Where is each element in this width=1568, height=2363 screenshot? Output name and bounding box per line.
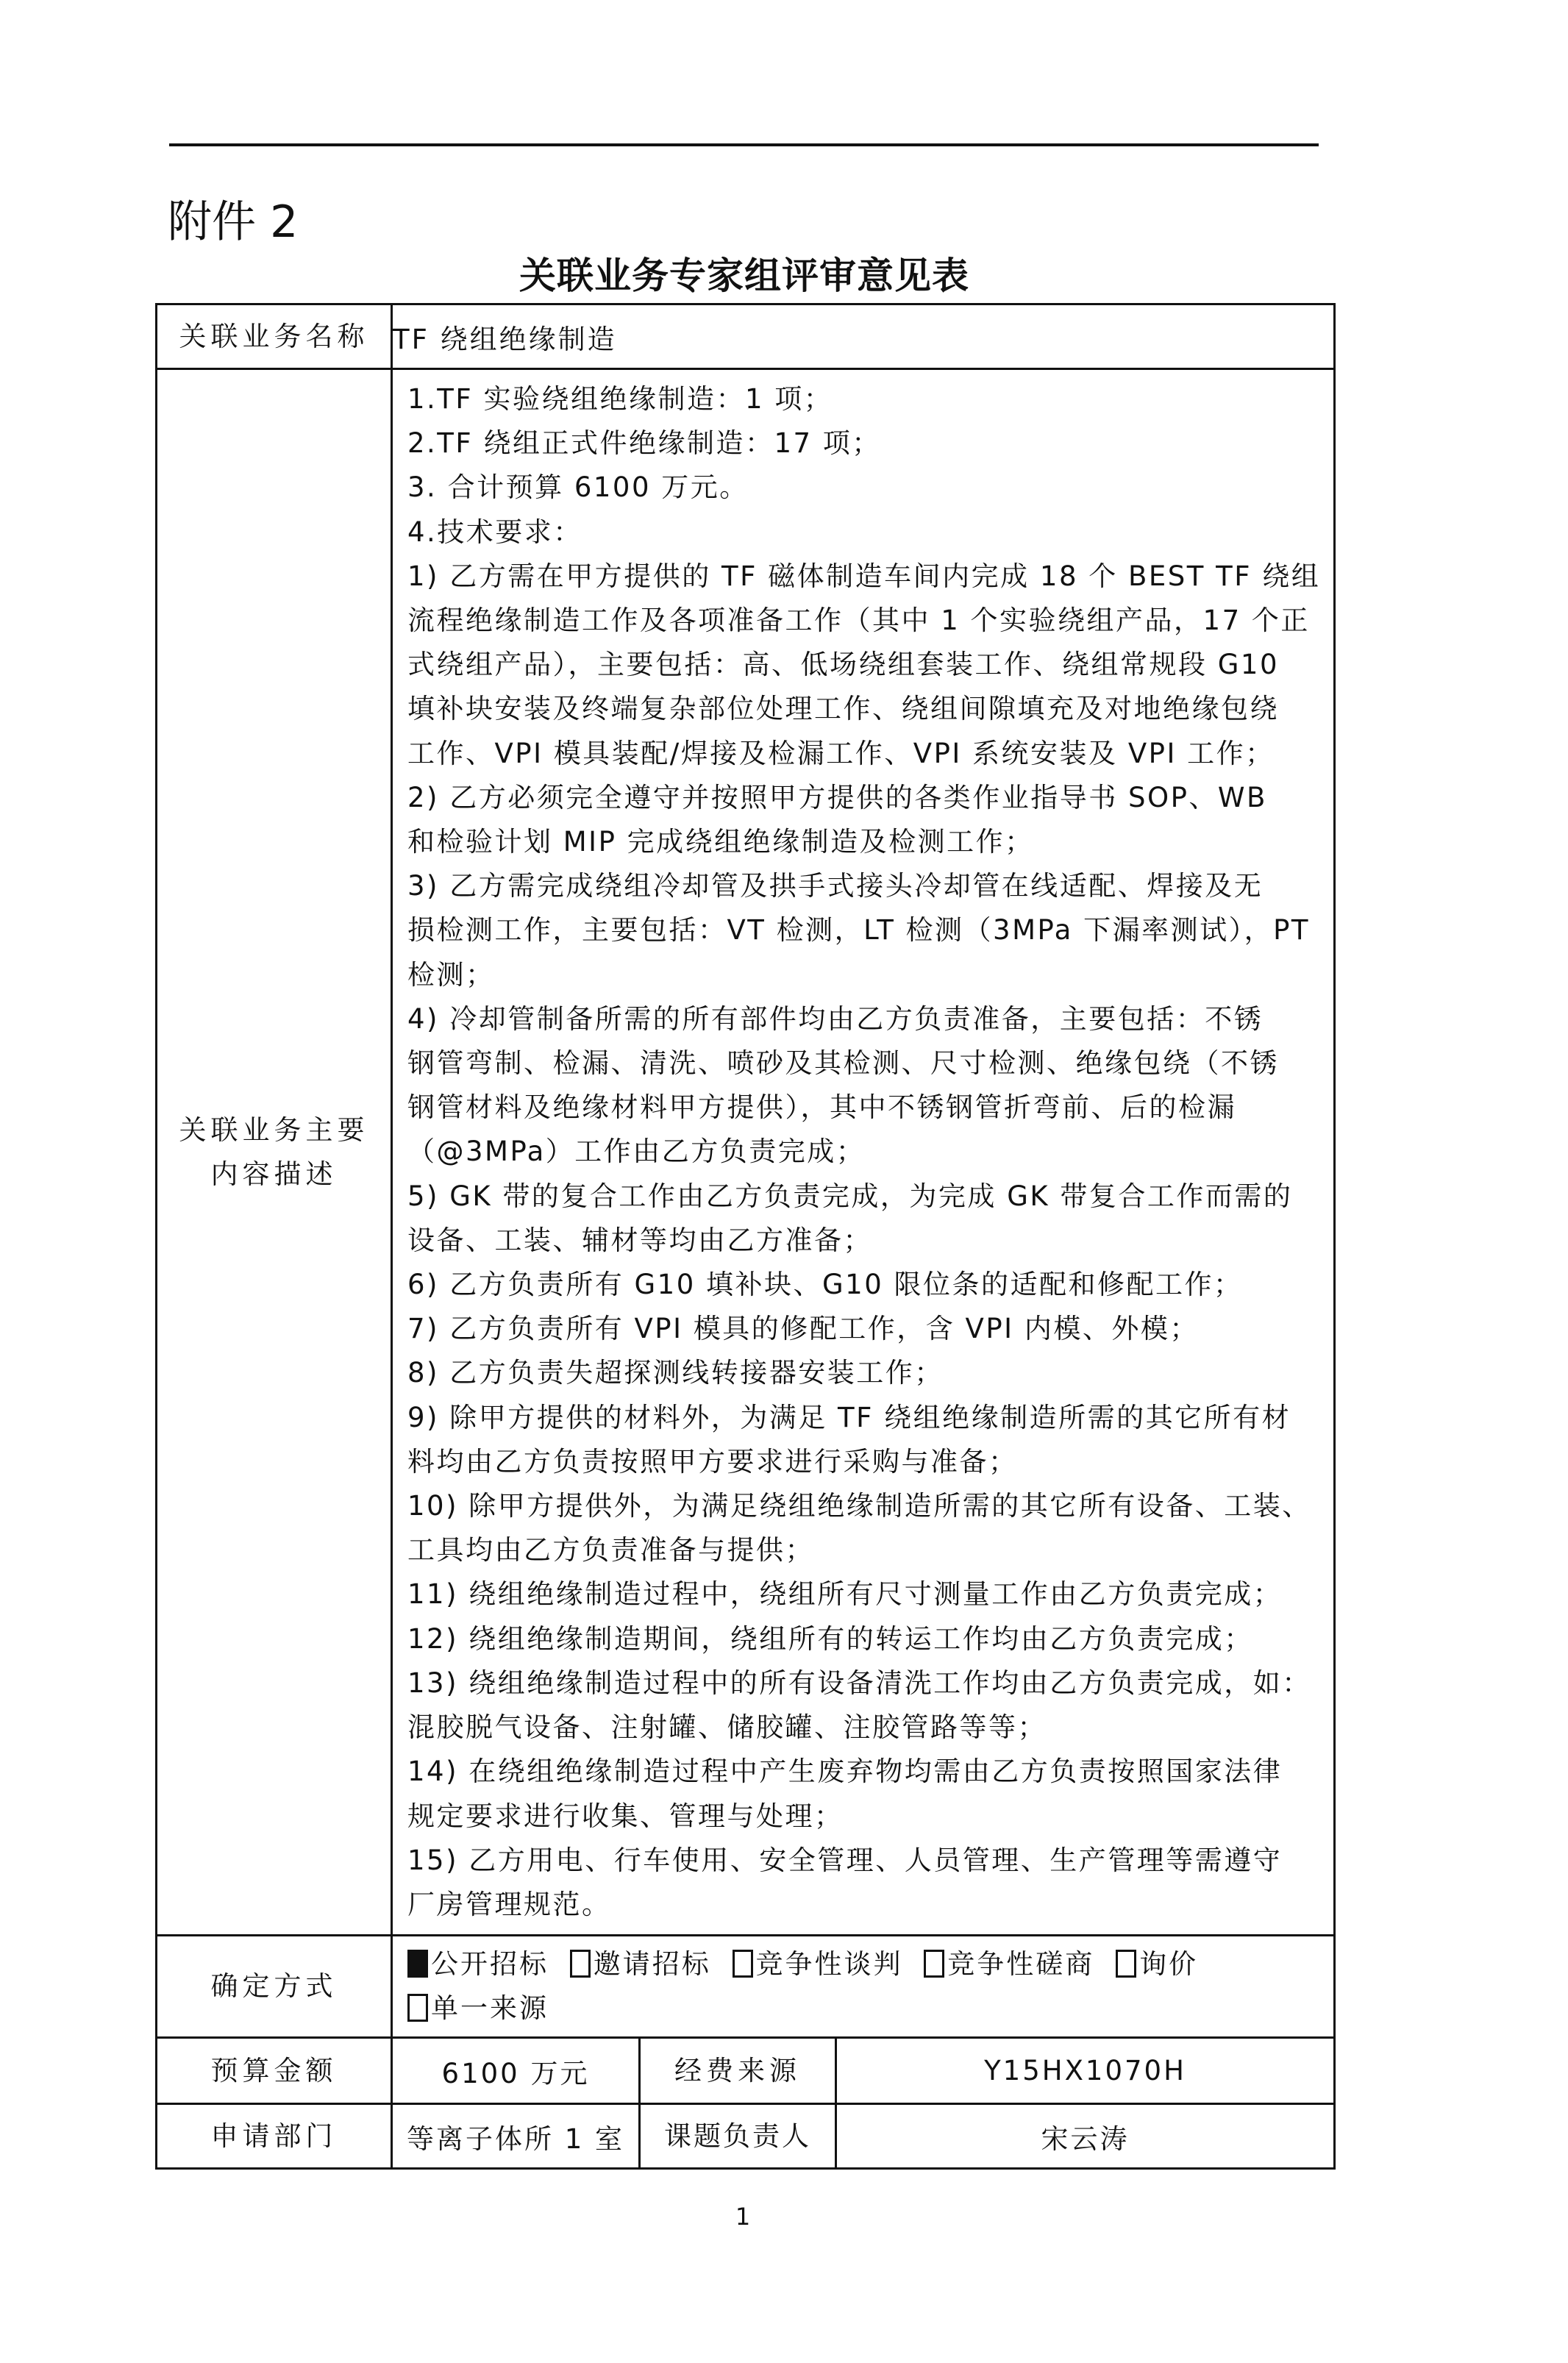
business-name-label: 关联业务名称 — [157, 304, 392, 369]
option-competitive-consultation[interactable]: 竞争性磋商 — [924, 1942, 1094, 1986]
option-invited-tender[interactable]: 邀请招标 — [570, 1942, 711, 1986]
checkbox-empty-icon[interactable] — [570, 1950, 591, 1978]
department-value: 等离子体所 1 室 — [392, 2104, 640, 2169]
description-label-line1: 关联业务主要 — [157, 1108, 391, 1152]
desc-line: 1.TF 实验绕组绝缘制造：1 项； — [407, 377, 1319, 421]
budget-value: 6100 万元 — [392, 2038, 640, 2104]
desc-line: 和检验计划 MIP 完成绕组绝缘制造及检测工作； — [407, 820, 1319, 864]
desc-line: 8) 乙方负责失超探测线转接器安装工作； — [407, 1351, 1319, 1395]
desc-line: 3. 合计预算 6100 万元。 — [407, 466, 1319, 510]
option-single-source[interactable]: 单一来源 — [407, 1986, 549, 2031]
business-name-value: TF 绕组绝缘制造 — [392, 304, 1335, 369]
attachment-label: 附件 2 — [168, 193, 298, 252]
desc-line: 10) 除甲方提供外，为满足绕组绝缘制造所需的其它所有设备、工装、 — [407, 1484, 1319, 1528]
project-leader-label: 课题负责人 — [640, 2104, 836, 2169]
option-label: 邀请招标 — [594, 1948, 711, 1980]
desc-line: 6) 乙方负责所有 G10 填补块、G10 限位条的适配和修配工作； — [407, 1263, 1319, 1307]
budget-row: 预算金额 6100 万元 经费来源 Y15HX1070H — [157, 2038, 1335, 2104]
header-rule — [169, 143, 1319, 146]
funding-source-value: Y15HX1070H — [836, 2038, 1335, 2104]
business-name-row: 关联业务名称 TF 绕组绝缘制造 — [157, 304, 1335, 369]
checkbox-empty-icon[interactable] — [407, 1994, 428, 2022]
desc-line: 工作、VPI 模具装配/焊接及检漏工作、VPI 系统安装及 VPI 工作； — [407, 732, 1319, 776]
checkbox-empty-icon[interactable] — [1116, 1950, 1136, 1978]
option-label: 竞争性磋商 — [947, 1948, 1094, 1980]
desc-line: 5) GK 带的复合工作由乙方负责完成，为完成 GK 带复合工作而需的 — [407, 1175, 1319, 1219]
desc-line: 规定要求进行收集、管理与处理； — [407, 1794, 1319, 1839]
desc-line: 流程绝缘制造工作及各项准备工作（其中 1 个实验绕组产品，17 个正 — [407, 599, 1319, 643]
option-competitive-negotiation[interactable]: 竞争性谈判 — [733, 1942, 903, 1986]
desc-line: 13) 绕组绝缘制造过程中的所有设备清洗工作均由乙方负责完成，如： — [407, 1661, 1319, 1706]
desc-line: 14) 在绕组绝缘制造过程中产生废弃物均需由乙方负责按照国家法律 — [407, 1750, 1319, 1794]
desc-line: 7) 乙方负责所有 VPI 模具的修配工作，含 VPI 内模、外模； — [407, 1307, 1319, 1351]
desc-line: 11) 绕组绝缘制造过程中，绕组所有尺寸测量工作由乙方负责完成； — [407, 1572, 1319, 1617]
review-form-table: 关联业务名称 TF 绕组绝缘制造 关联业务主要 内容描述 1.TF 实验绕组绝缘… — [155, 303, 1336, 2170]
desc-line: 混胶脱气设备、注射罐、储胶罐、注胶管路等等； — [407, 1706, 1319, 1750]
document-title: 关联业务专家组评审意见表 — [155, 250, 1333, 302]
project-leader-value: 宋云涛 — [836, 2104, 1335, 2169]
checkbox-checked-icon[interactable] — [407, 1950, 428, 1978]
desc-line: 3) 乙方需完成绕组冷却管及拱手式接头冷却管在线适配、焊接及无 — [407, 864, 1319, 908]
desc-line: 厂房管理规范。 — [407, 1883, 1319, 1927]
desc-line: 填补块安装及终端复杂部位处理工作、绕组间隙填充及对地绝缘包绕 — [407, 687, 1319, 731]
description-content: 1.TF 实验绕组绝缘制造：1 项； 2.TF 绕组正式件绝缘制造：17 项； … — [392, 369, 1335, 1936]
desc-line: 12) 绕组绝缘制造期间，绕组所有的转运工作均由乙方负责完成； — [407, 1617, 1319, 1661]
desc-line: 4) 冷却管制备所需的所有部件均由乙方负责准备，主要包括：不锈 — [407, 997, 1319, 1041]
desc-line: 9) 除甲方提供的材料外，为满足 TF 绕组绝缘制造所需的其它所有材 — [407, 1396, 1319, 1440]
desc-line: 检测； — [407, 953, 1319, 997]
option-label: 竞争性谈判 — [756, 1948, 903, 1980]
option-label: 公开招标 — [431, 1948, 549, 1980]
funding-source-label: 经费来源 — [640, 2038, 836, 2104]
option-inquiry[interactable]: 询价 — [1116, 1942, 1198, 1986]
description-label: 关联业务主要 内容描述 — [157, 369, 392, 1936]
option-label: 询价 — [1139, 1948, 1198, 1980]
method-label: 确定方式 — [157, 1936, 392, 2038]
desc-line: 15) 乙方用电、行车使用、安全管理、人员管理、生产管理等需遵守 — [407, 1839, 1319, 1883]
checkbox-empty-icon[interactable] — [924, 1950, 944, 1978]
desc-line: 式绕组产品），主要包括：高、低场绕组套装工作、绕组常规段 G10 — [407, 643, 1319, 687]
desc-line: 损检测工作，主要包括：VT 检测，LT 检测（3MPa 下漏率测试），PT — [407, 908, 1319, 952]
desc-line: （@3MPa）工作由乙方负责完成； — [407, 1130, 1319, 1174]
desc-line: 设备、工装、辅材等均由乙方准备； — [407, 1219, 1319, 1263]
desc-line: 料均由乙方负责按照甲方要求进行采购与准备； — [407, 1440, 1319, 1484]
option-public-tender[interactable]: 公开招标 — [407, 1942, 549, 1986]
desc-line: 2) 乙方必须完全遵守并按照甲方提供的各类作业指导书 SOP、WB — [407, 776, 1319, 820]
department-label: 申请部门 — [157, 2104, 392, 2169]
desc-line: 4.技术要求： — [407, 510, 1319, 555]
method-row: 确定方式 公开招标 邀请招标 竞争性谈判 竞争性磋商 询价 单一来源 — [157, 1936, 1335, 2038]
description-label-line2: 内容描述 — [157, 1152, 391, 1197]
description-row: 关联业务主要 内容描述 1.TF 实验绕组绝缘制造：1 项； 2.TF 绕组正式… — [157, 369, 1335, 1936]
department-row: 申请部门 等离子体所 1 室 课题负责人 宋云涛 — [157, 2104, 1335, 2169]
desc-line: 1) 乙方需在甲方提供的 TF 磁体制造车间内完成 18 个 BEST TF 绕… — [407, 555, 1319, 599]
page-number: 1 — [0, 2203, 1486, 2231]
checkbox-empty-icon[interactable] — [733, 1950, 753, 1978]
method-options: 公开招标 邀请招标 竞争性谈判 竞争性磋商 询价 单一来源 — [392, 1936, 1335, 2038]
desc-line: 2.TF 绕组正式件绝缘制造：17 项； — [407, 421, 1319, 466]
budget-label: 预算金额 — [157, 2038, 392, 2104]
desc-line: 工具均由乙方负责准备与提供； — [407, 1528, 1319, 1572]
option-label: 单一来源 — [431, 1992, 549, 2024]
desc-line: 钢管材料及绝缘材料甲方提供），其中不锈钢管折弯前、后的检漏 — [407, 1086, 1319, 1130]
desc-line: 钢管弯制、检漏、清洗、喷砂及其检测、尺寸检测、绝缘包绕（不锈 — [407, 1041, 1319, 1086]
